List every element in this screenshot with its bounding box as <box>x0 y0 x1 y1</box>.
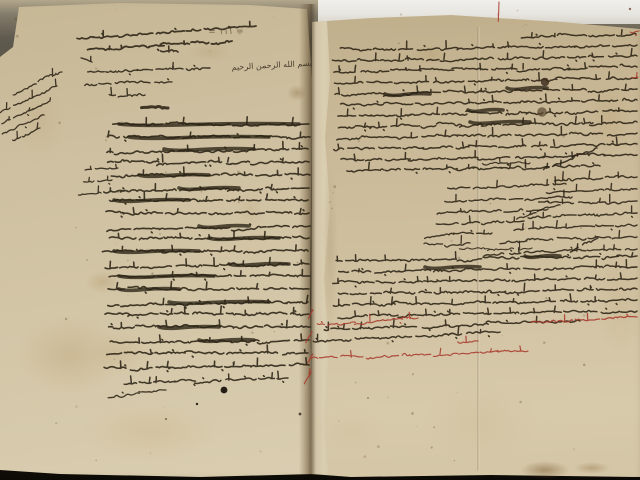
folio-number: = ١١١ = <box>201 27 251 38</box>
right-page-crease <box>477 27 480 471</box>
page-gap-shadow <box>299 4 316 474</box>
right-manuscript-page <box>311 0 640 480</box>
manuscript-photo: = ١١١ = بسم الله الرحمن الرحيم <box>0 0 640 480</box>
left-manuscript-page <box>0 0 314 478</box>
